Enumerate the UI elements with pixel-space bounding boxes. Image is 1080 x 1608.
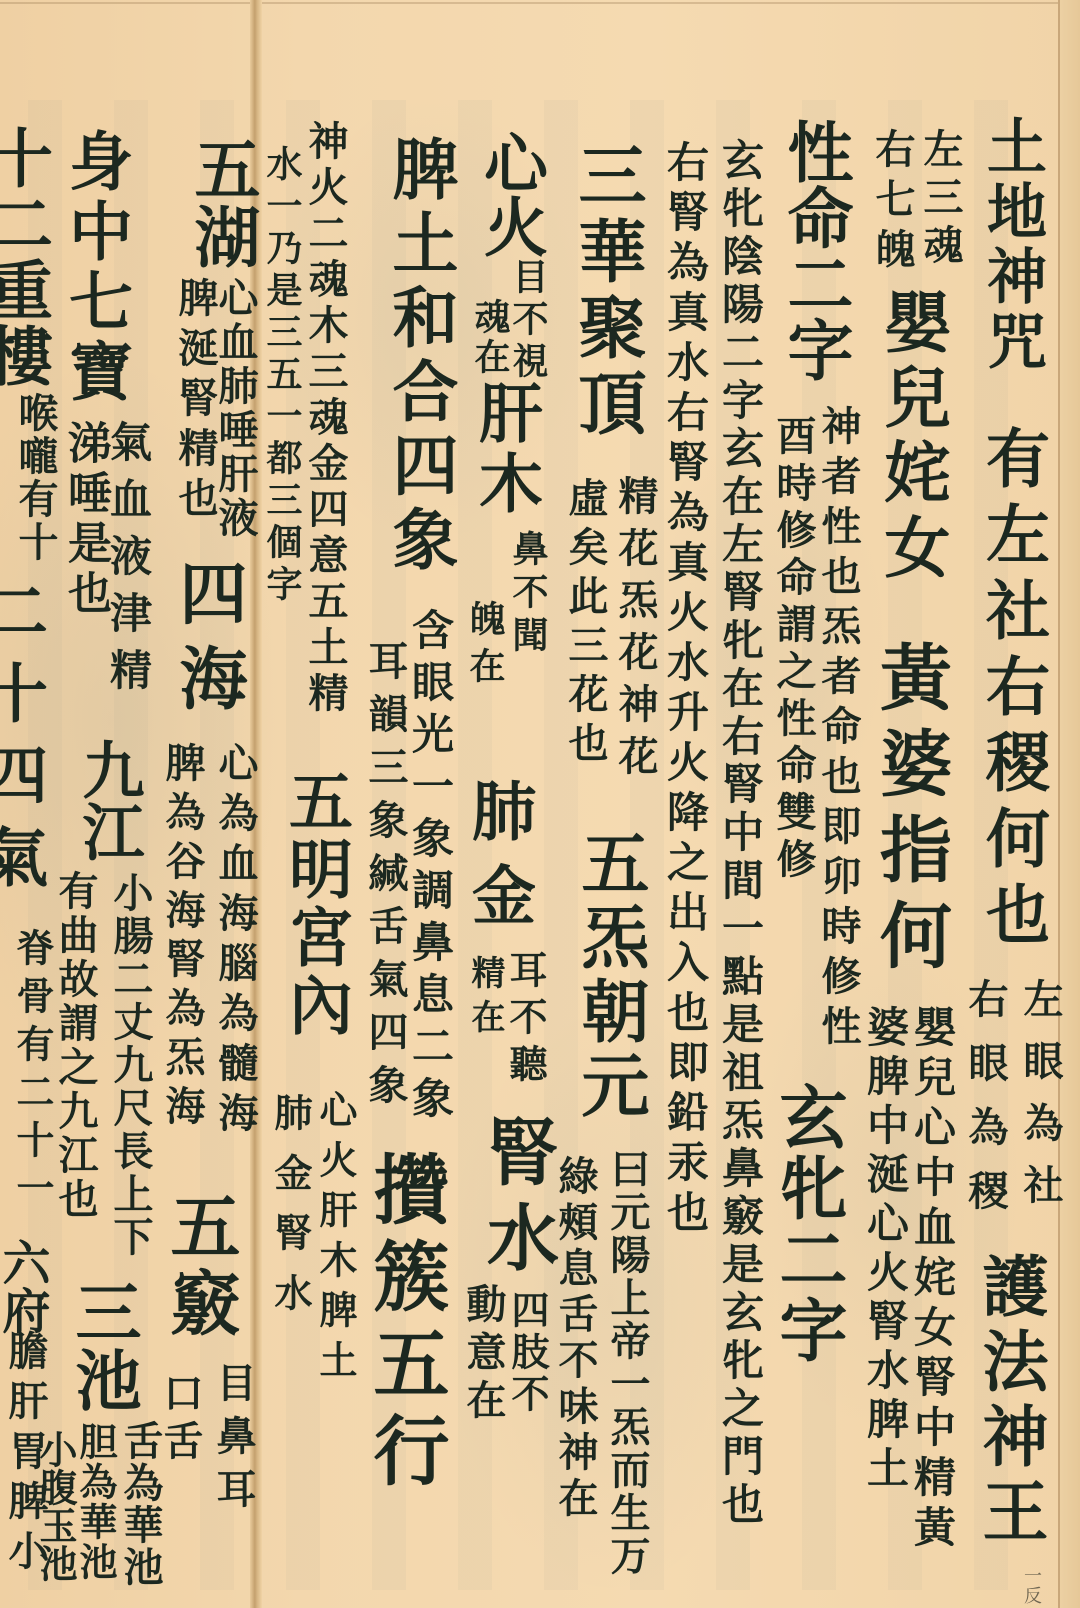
- annotation-line: 綠頰息舌不味神在: [555, 1155, 595, 1523]
- page-mark: 一反: [1022, 1566, 1040, 1606]
- main-text: 心火: [478, 130, 542, 258]
- annotation-line: 精花炁花神花: [615, 475, 655, 787]
- main-text: 嬰兒姹女: [879, 288, 945, 588]
- annotation-line: 左三魂: [920, 128, 960, 272]
- main-text: 五炁朝元: [576, 828, 644, 1124]
- annotation-line: 涕唾是也: [63, 420, 107, 620]
- annotation-line: 右七魄: [872, 128, 912, 278]
- main-text: 五竅: [165, 1190, 235, 1344]
- annotation-line: 嬰兒心中血姹女腎中精黃: [911, 1005, 953, 1555]
- main-text: 有左社右稷何也: [980, 425, 1044, 957]
- annotation-line: 心血肺唾肝液: [215, 277, 255, 541]
- annotation-line: 玄牝陰陽二字玄在左腎牝在右腎中間一點是祖炁鼻竅是玄牝之門也: [719, 138, 761, 1530]
- manuscript-page: 土地神咒 有左社右稷何也 左眼為社 右眼為稷 護法神王 一反 左三魂 右七魄 嬰…: [0, 0, 1080, 1608]
- annotation-line: 鼻不聞: [510, 530, 546, 659]
- page-right-edge: [1058, 0, 1080, 1608]
- main-text: 肝木: [473, 380, 537, 520]
- annotation-line: 耳韻三象緘舌氣四象: [365, 640, 405, 1117]
- annotation-line: 目不視: [510, 258, 546, 384]
- annotation-line: 胆為華池: [76, 1422, 114, 1582]
- annotation-line: 脾涎腎精也: [175, 277, 215, 527]
- main-text: 肺金: [466, 778, 530, 946]
- annotation-line: 口舌: [160, 1372, 200, 1468]
- main-text: 性命二字: [782, 118, 848, 382]
- main-text: 玄牝二字: [774, 1082, 842, 1366]
- annotation-line: 精在: [468, 955, 502, 1043]
- main-text: 黃婆指何: [874, 640, 946, 984]
- main-text: 身中七寶: [63, 128, 127, 408]
- annotation-line: 動意在: [463, 1283, 503, 1427]
- annotation-line: 含眼光一象調鼻息二象: [409, 608, 451, 1128]
- annotation-line: 曰元陽上帝一炁而生万: [607, 1148, 647, 1578]
- annotation-line: 舌為華池: [120, 1420, 160, 1588]
- main-text: 六府: [0, 1238, 46, 1334]
- annotation-line: 氣血液津精: [107, 420, 149, 705]
- annotation-line: 脊骨有二十一: [13, 928, 51, 1216]
- annotation-line: 虛矣此三花也: [565, 477, 605, 771]
- annotation-line: 心為血海腦為髓海: [215, 742, 255, 1142]
- annotation-line: 右腎為真水右腎為真火水升火降之出入也即鉛汞也: [664, 140, 706, 1240]
- main-text: 三華聚頂: [573, 140, 641, 444]
- annotation-line: 膽肝胃脾小: [5, 1330, 45, 1580]
- main-text: 五湖: [189, 135, 255, 271]
- annotation-line: 喉嚨有十: [15, 392, 55, 564]
- main-text: 土地神咒: [982, 115, 1042, 375]
- annotation-line: 神者性也炁者命也即卯時修性: [818, 405, 858, 1055]
- main-text: 十二重樓: [0, 125, 47, 389]
- annotation-line: 魄在: [467, 600, 503, 694]
- main-text: 腎水: [481, 1115, 553, 1285]
- main-text: 九江: [77, 738, 139, 862]
- annotation-line: 心火肝木脾土: [316, 1090, 354, 1390]
- annotation-line: 肺金腎水: [271, 1093, 309, 1333]
- annotation-line: 小腸二丈九尺長上下: [110, 872, 150, 1259]
- annotation-line: 耳不聽: [506, 950, 544, 1091]
- annotation-line: 右眼為稷: [965, 978, 1005, 1234]
- annotation-line: 酉時修命謂之性命雙修: [773, 415, 813, 885]
- annotation-line: 魂在: [472, 298, 508, 378]
- main-text: 三池: [70, 1278, 136, 1414]
- annotation-line: 婆脾中涎心火腎水脾土: [864, 1005, 906, 1495]
- annotation-line: 左眼為社: [1020, 978, 1060, 1226]
- main-text: 護法神王: [977, 1252, 1043, 1552]
- main-text: 五明宮內: [283, 768, 347, 1040]
- main-text: 二十四氣: [0, 578, 42, 906]
- main-text: 四海: [174, 558, 242, 728]
- annotation-line: 四肢不: [508, 1290, 546, 1416]
- main-text: 脾土和合四象: [387, 135, 453, 579]
- annotation-line: 水一乃是三五一都三個字: [264, 145, 300, 607]
- annotation-line: 脾為谷海腎為炁海: [162, 742, 202, 1134]
- top-border-line: [0, 2, 1058, 4]
- annotation-line: 目鼻耳: [213, 1362, 253, 1521]
- main-text: 攢簇五行: [367, 1150, 443, 1498]
- annotation-line: 有曲故謂之九江也: [55, 870, 95, 1222]
- annotation-line: 神火二魂木三魂金四意五土精: [305, 120, 345, 718]
